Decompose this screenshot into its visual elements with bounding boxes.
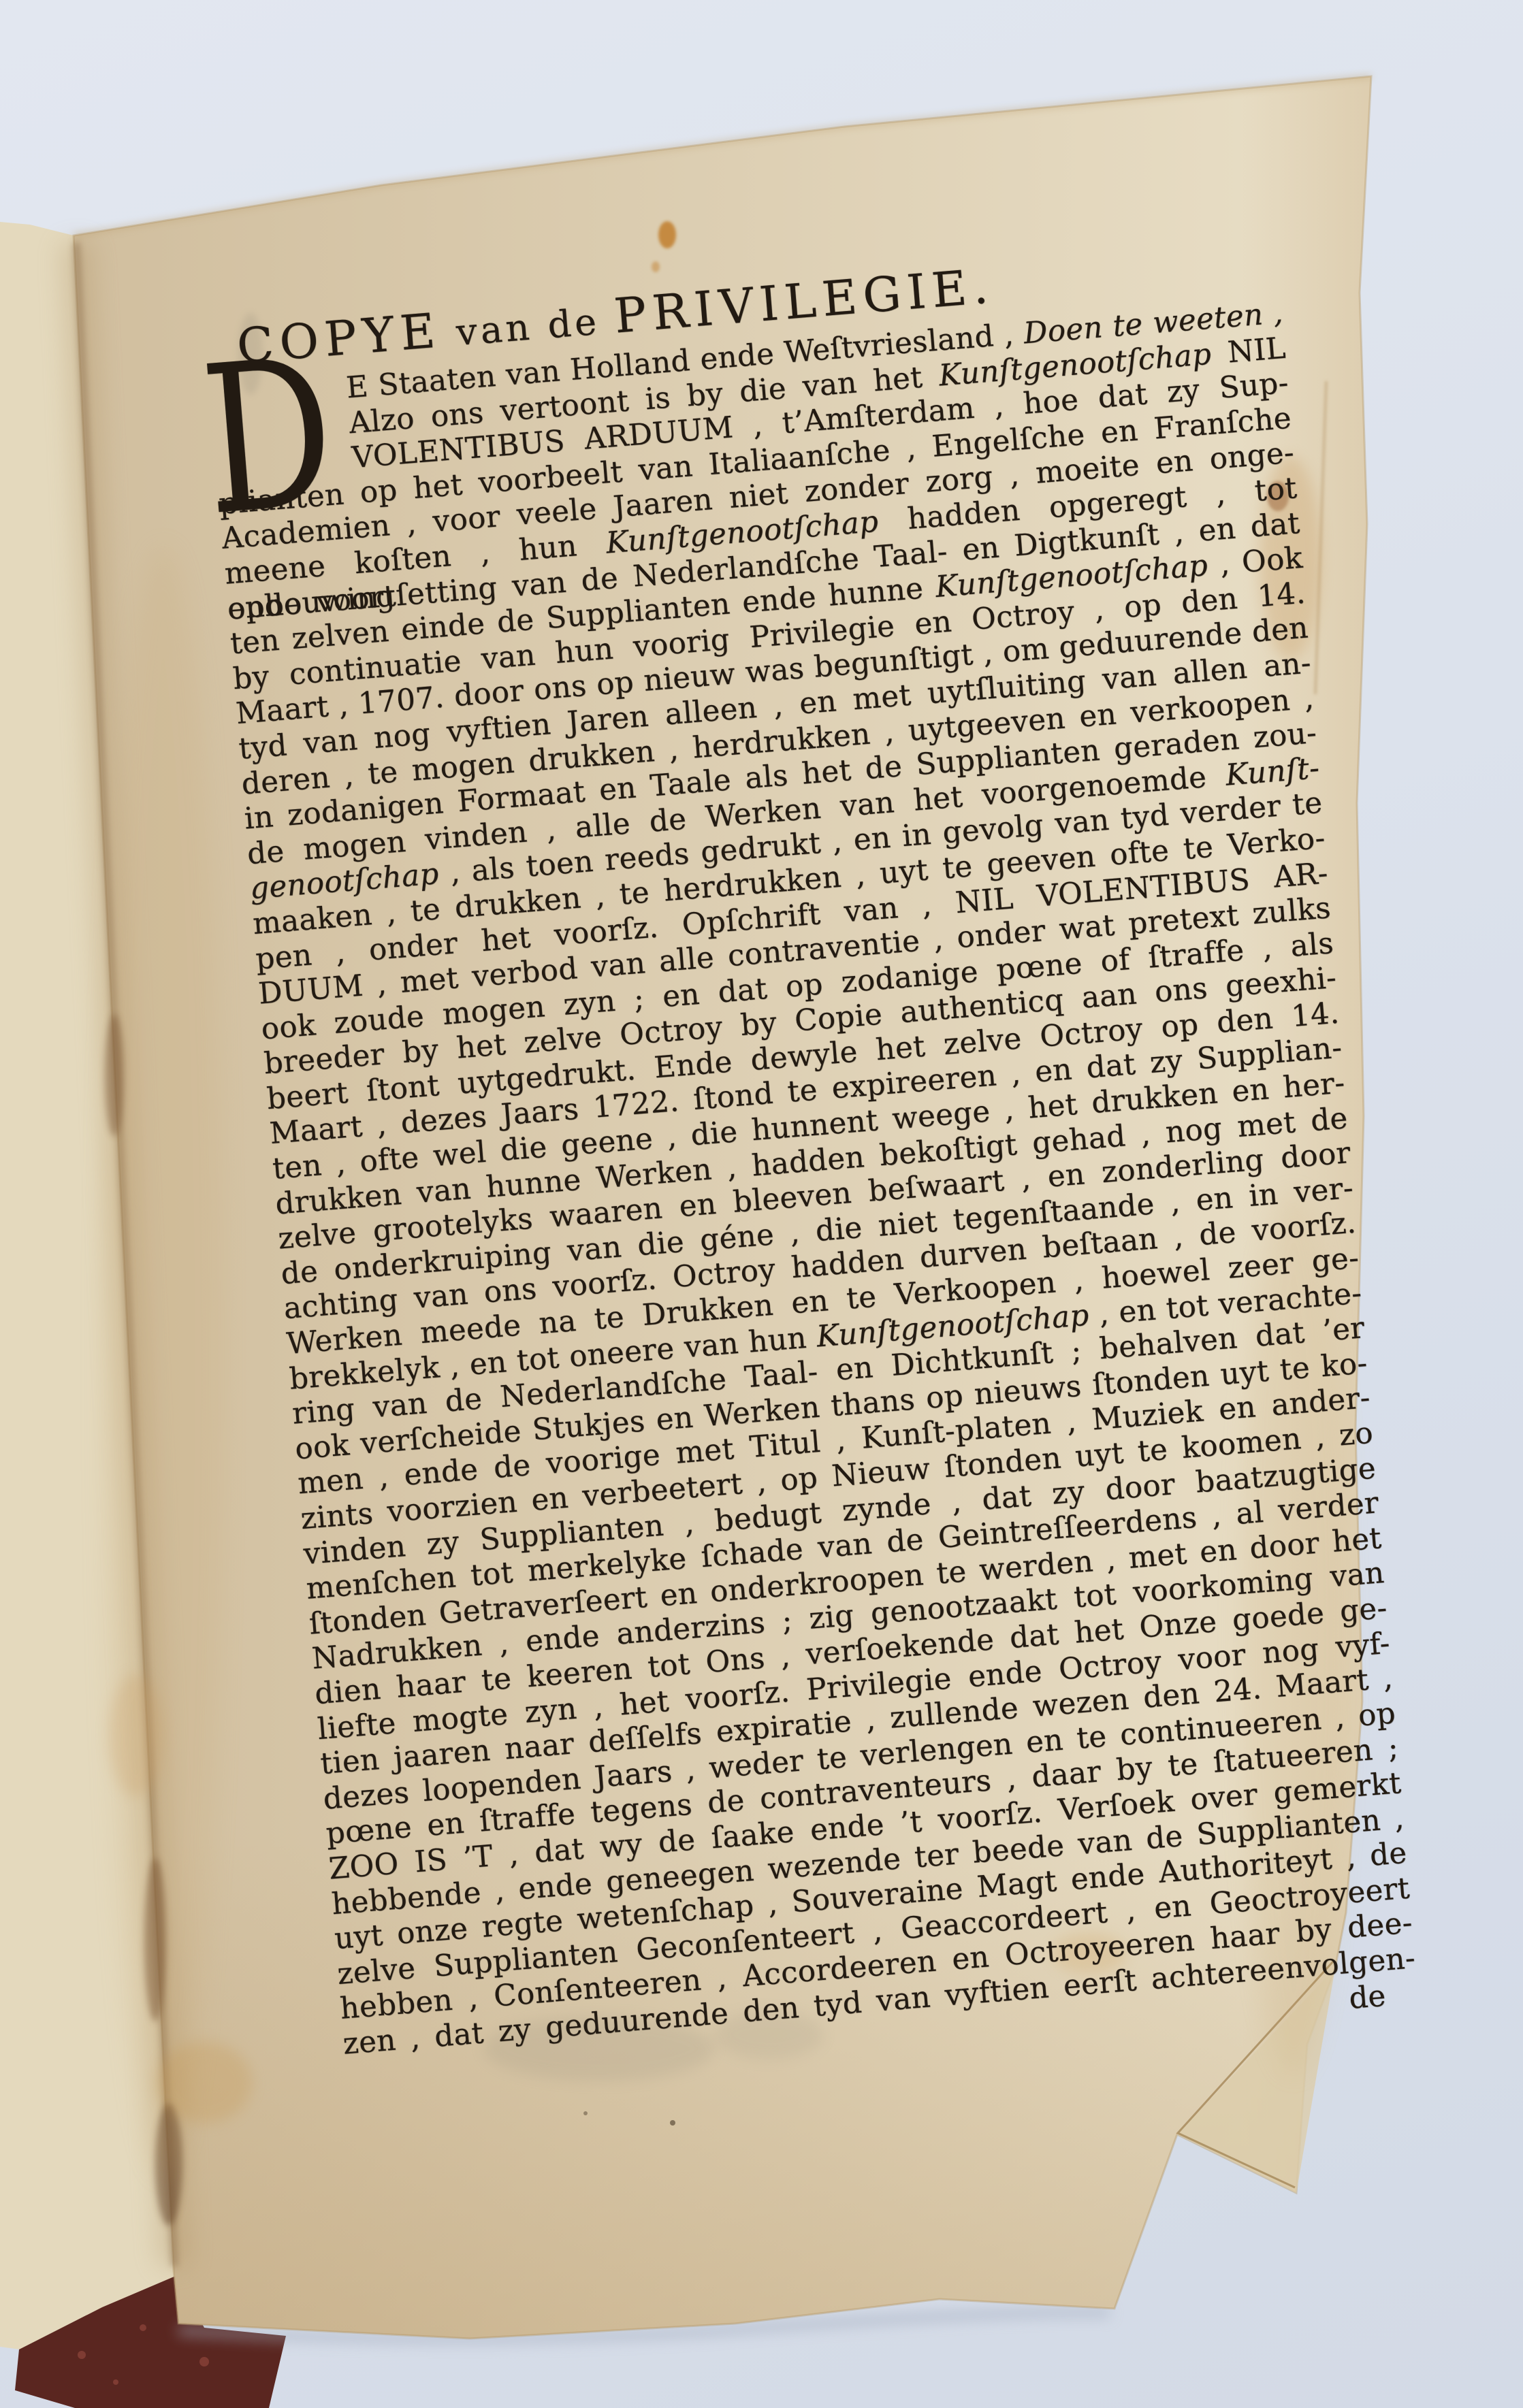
text-lines: E Staaten van Holland ende Weſtvriesland… bbox=[209, 296, 1417, 2062]
drop-cap: D bbox=[196, 331, 340, 544]
text-block: COPYE van de PRIVILEGIE. D E Staaten van… bbox=[204, 233, 1420, 2097]
photo-background: COPYE van de PRIVILEGIE. D E Staaten van… bbox=[0, 0, 1523, 2408]
title-segment: van de bbox=[440, 299, 617, 355]
